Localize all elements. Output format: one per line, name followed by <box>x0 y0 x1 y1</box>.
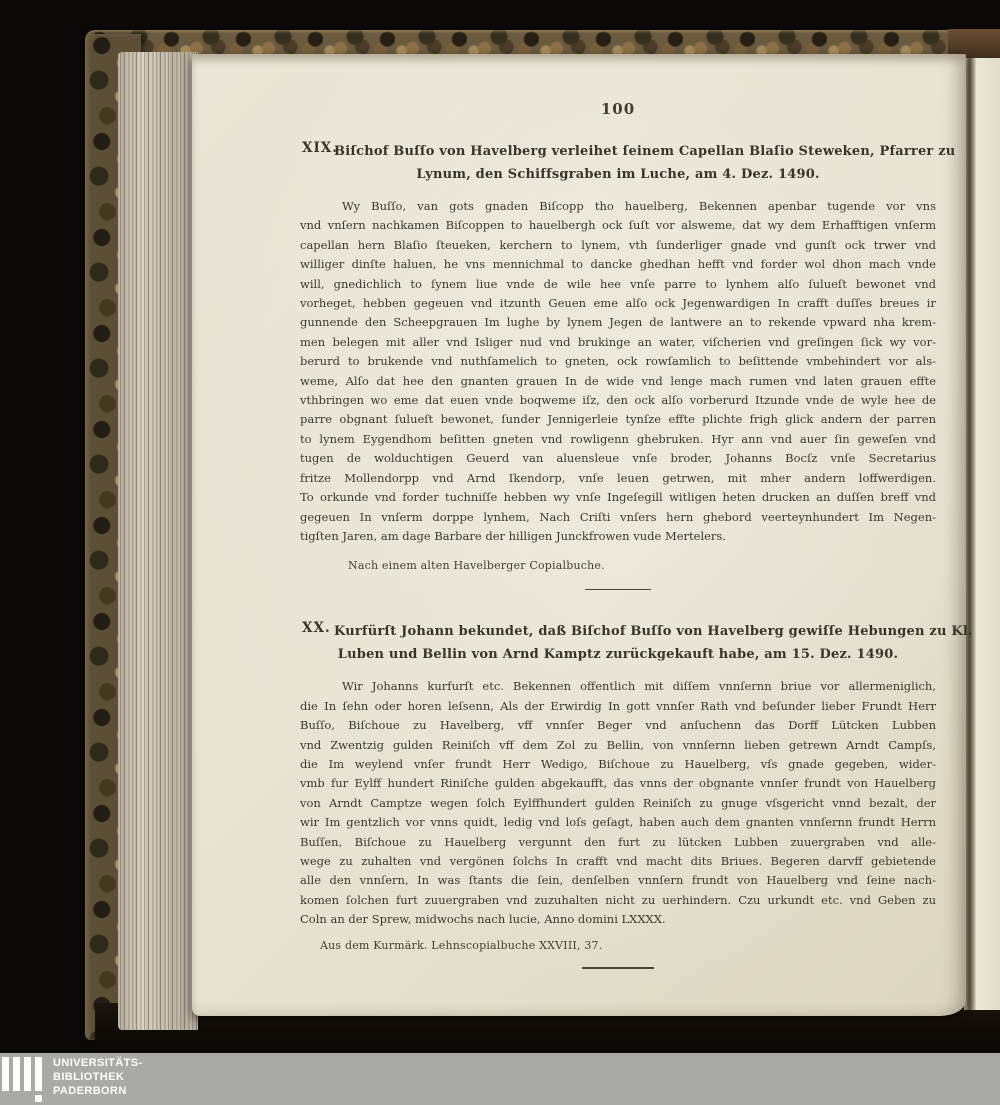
library-name-line2: BIBLIOTHEK <box>53 1070 143 1084</box>
body-line: fritze Mollendorpp vnd Arnd Ikendorp, vn… <box>300 469 936 488</box>
body-line: To orkunde vnd forder tuchniſſe hebben w… <box>300 488 936 507</box>
book-cover-top-edge <box>85 30 1000 56</box>
page-number: 100 <box>300 100 936 118</box>
end-divider <box>582 967 654 969</box>
body-line: wege zu zuhalten vnd vergönen ſolchs In … <box>300 852 936 871</box>
body-line: vmb fur Eylff hundert Riniſche gulden ab… <box>300 774 936 793</box>
body-line: weme, Alſo dat hee den gnanten grauen In… <box>300 372 936 391</box>
section-xx-number: XX. <box>302 620 331 636</box>
body-line: will, gnedichlich to ſynem liue vnde de … <box>300 275 936 294</box>
library-name: UNIVERSITÄTS- BIBLIOTHEK PADERBORN <box>53 1056 143 1098</box>
section-xix-source-note: Nach einem alten Havelberger Copialbuche… <box>300 559 936 572</box>
body-line: vthbringen wo eme dat euen vnde boqweme … <box>300 391 936 410</box>
printed-text-block: 100 XIX. Biſchof Buſſo von Havelberg ver… <box>300 54 936 969</box>
section-divider <box>585 589 651 590</box>
section-xx-body: Wir Johanns kurfurſt etc. Bekennen offen… <box>300 677 936 929</box>
logo-bar <box>24 1057 31 1091</box>
body-line: komen ſolchen furt zuuergraben vnd zuzuh… <box>300 891 936 910</box>
body-line: berurd to brukende vnd nuthſamelich to g… <box>300 352 936 371</box>
section-xx-heading: XX. Kurfürſt Johann bekundet, daß Biſcho… <box>300 620 936 666</box>
body-line: Wy Buſſo, van gots gnaden Biſcopp tho ha… <box>300 197 936 216</box>
body-line: vnd Zwentzig gulden Reiniſch vff dem Zol… <box>300 736 936 755</box>
section-xix-heading: XIX. Biſchof Buſſo von Havelberg verleih… <box>300 140 936 186</box>
body-line: Buſſo, Biſchoue zu Havelberg, vff vnnſer… <box>300 716 936 735</box>
body-line: Coln an der Sprew, midwochs nach lucie, … <box>300 910 936 929</box>
body-line: tigſten Jaren, am dage Barbare der hilli… <box>300 527 936 546</box>
library-name-line1: UNIVERSITÄTS- <box>53 1056 143 1070</box>
body-line: men belegen mit aller vnd Isliger nud vn… <box>300 333 936 352</box>
book-page: 100 XIX. Biſchof Buſſo von Havelberg ver… <box>192 54 966 1016</box>
section-xx-source-note: Aus dem Kurmärk. Lehnscopialbuche XXVIII… <box>300 939 936 952</box>
body-line: die In ſehn oder horen leſsenn, Als der … <box>300 697 936 716</box>
section-xix-body: Wy Buſſo, van gots gnaden Biſcopp tho ha… <box>300 197 936 546</box>
body-line: tugen de wolduchtigen Geuerd van aluensl… <box>300 449 936 468</box>
body-line: von Arndt Camptze wegen ſolch Eylffhunde… <box>300 794 936 813</box>
body-line: die Im weylend vnſer frundt Herr Wedigo,… <box>300 755 936 774</box>
body-line: gunnende den Scheepgrauen Im lughe by ly… <box>300 313 936 332</box>
section-xix-title-line2: Lynum, den Schiffsgraben im Luche, am 4.… <box>300 163 936 186</box>
section-xx-title-line2: Luben und Bellin von Arnd Kamptz zurückg… <box>300 643 936 666</box>
body-line: Wir Johanns kurfurſt etc. Bekennen offen… <box>300 677 936 696</box>
section-xx-title-line1: Kurfürſt Johann bekundet, daß Biſchof Bu… <box>300 620 936 643</box>
logo-exclamation-dot <box>35 1095 42 1102</box>
next-page-sliver <box>976 58 1000 1010</box>
body-line: vnd vnſern nachkamen Biſcoppen to hauelb… <box>300 216 936 235</box>
body-line: williger dinſte haluen, he vns mennichma… <box>300 255 936 274</box>
library-footer-bar: UNIVERSITÄTS- BIBLIOTHEK PADERBORN <box>0 1053 1000 1105</box>
section-xix-title-line1: Biſchof Buſſo von Havelberg verleihet ſe… <box>300 140 936 163</box>
library-name-line3: PADERBORN <box>53 1084 143 1098</box>
section-xix-number: XIX. <box>302 140 338 156</box>
body-line: Buſſen, Biſchoue zu Hauelberg vergunnt d… <box>300 833 936 852</box>
body-line: parre obgnant ſulueſt bewonet, ſunder Je… <box>300 410 936 429</box>
page-edges-fan <box>118 52 198 1030</box>
logo-bar <box>2 1057 9 1091</box>
body-line: to lynem Eygendhom beſitten gneten vnd r… <box>300 430 936 449</box>
body-line: gegeuen In vnſerm dorppe lynhem, Nach Cr… <box>300 508 936 527</box>
body-line: vorheget, hebben gegeuen vnd itzunth Geu… <box>300 294 936 313</box>
body-line: alle den vnnſern, In was ſtants die ſein… <box>300 871 936 890</box>
logo-bar <box>13 1057 20 1091</box>
ub-paderborn-logo-icon <box>1 1057 47 1103</box>
body-line: wir Im gentzlich vor vnns quidt, ledig v… <box>300 813 936 832</box>
logo-bar <box>35 1057 42 1091</box>
body-line: capellan hern Blaſio ſteueken, kerchern … <box>300 236 936 255</box>
